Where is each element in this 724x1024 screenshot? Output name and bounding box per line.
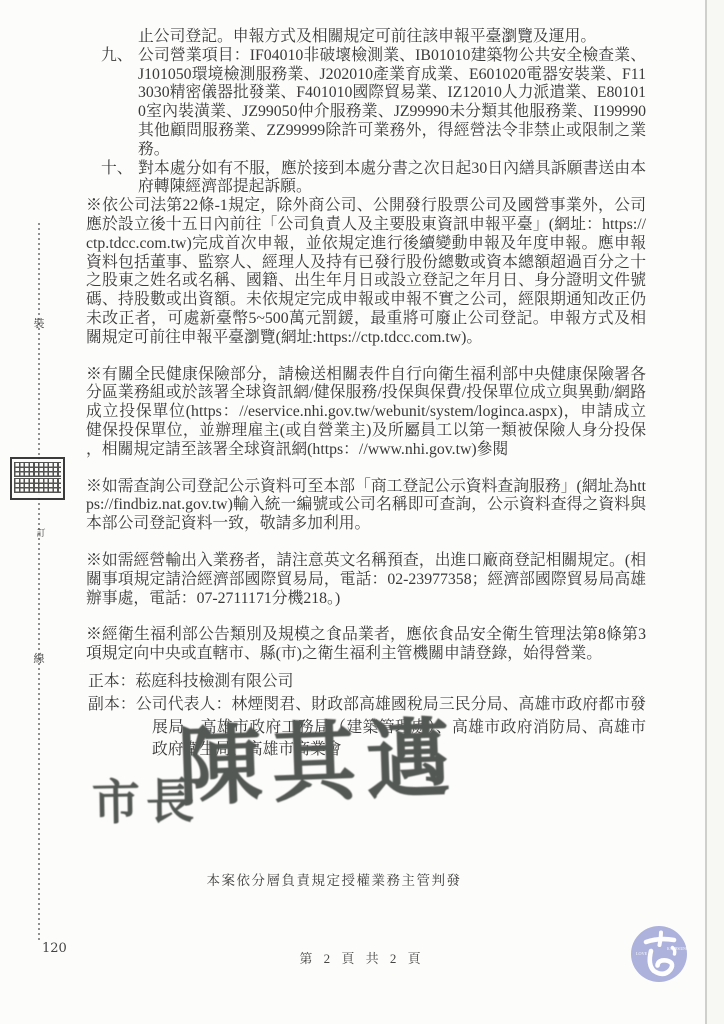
binding-char-ding: 訂 xyxy=(33,526,49,539)
binding-char-xian: 線 xyxy=(31,650,47,666)
logo-small-text-right: KAOHSIUNG xyxy=(667,947,688,951)
item8-continuation: 止公司登記。申報方式及相關規定可前往該申報平臺瀏覽及運用。 xyxy=(86,28,598,47)
note-paragraph-food-business: ※經衛生福利部公告類別及規模之食品業者，應依食品安全衛生管理法第8條第3項規定向… xyxy=(86,626,646,664)
item-text: 公司營業項目：IF04010非破壞檢測業、IB01010建築物公共安全檢查業、J… xyxy=(138,47,646,158)
note-paragraph-import-export: ※如需經營輸出入業務者，請注意英文名稱預查，出進口廠商登記相關規定。(相關事項規… xyxy=(86,552,646,608)
mayor-name-signature: 陳其邁 xyxy=(178,751,461,780)
note-paragraph-company-law: ※依公司法第22條-1規定，除外商公司、公開發行股票公司及國營事業外，公司應於設… xyxy=(86,197,646,347)
delegation-note: 本案依分層負責規定授權業務主管判發 xyxy=(174,872,494,891)
list-item-9: 九、 公司營業項目：IF04010非破壞檢測業、IB01010建築物公共安全檢查… xyxy=(86,47,646,160)
letter-body: 止公司登記。申報方式及相關規定可前往該申報平臺瀏覽及運用。 九、 公司營業項目：… xyxy=(86,28,646,896)
logo-small-text-left: LOVE xyxy=(636,951,648,956)
signature-block: 市長 陳其邁 本案依分層負責規定授權業務主管判發 xyxy=(86,768,646,896)
kaohsiung-city-logo: LOVE KAOHSIUNG xyxy=(630,925,688,983)
note-paragraph-registry-lookup: ※如需查詢公司登記公示資料可至本部「商工登記公示資料查詢服務」(網址為https… xyxy=(86,478,646,534)
original-recipient-value: 菘庭科技檢測有限公司 xyxy=(135,673,293,690)
page-edge-line xyxy=(705,0,707,1024)
stamp-glyph-row xyxy=(14,478,61,493)
original-recipient-line: 正本：菘庭科技檢測有限公司 xyxy=(86,671,646,694)
item-text: 對本處分如有不服，應於接到本處分書之次日起30日內繕具訴願書送由本府轉陳經濟部提… xyxy=(138,160,646,196)
binding-char-zhuang: 裝 xyxy=(31,315,47,331)
item-number: 九、 xyxy=(101,47,133,66)
item-number: 十、 xyxy=(101,160,133,179)
document-page: 裝 訂 線 止公司登記。申報方式及相關規定可前往該申報平臺瀏覽及運用。 九、 公… xyxy=(0,0,724,1024)
binding-seal-stamp xyxy=(10,457,65,500)
original-recipient-label: 正本： xyxy=(88,673,135,690)
page-indicator: 第 2 頁 共 2 頁 xyxy=(0,948,724,967)
copy-recipient-label: 副本： xyxy=(88,696,136,713)
stamp-glyph-row xyxy=(14,462,61,477)
scan-gutter xyxy=(707,0,724,1024)
note-paragraph-health-insurance: ※有關全民健康保險部分，請檢送相關表件自行向衛生福利部中央健康保險署各分區業務組… xyxy=(86,366,646,460)
list-item-10: 十、 對本處分如有不服，應於接到本處分書之次日起30日內繕具訴願書送由本府轉陳經… xyxy=(86,160,646,198)
